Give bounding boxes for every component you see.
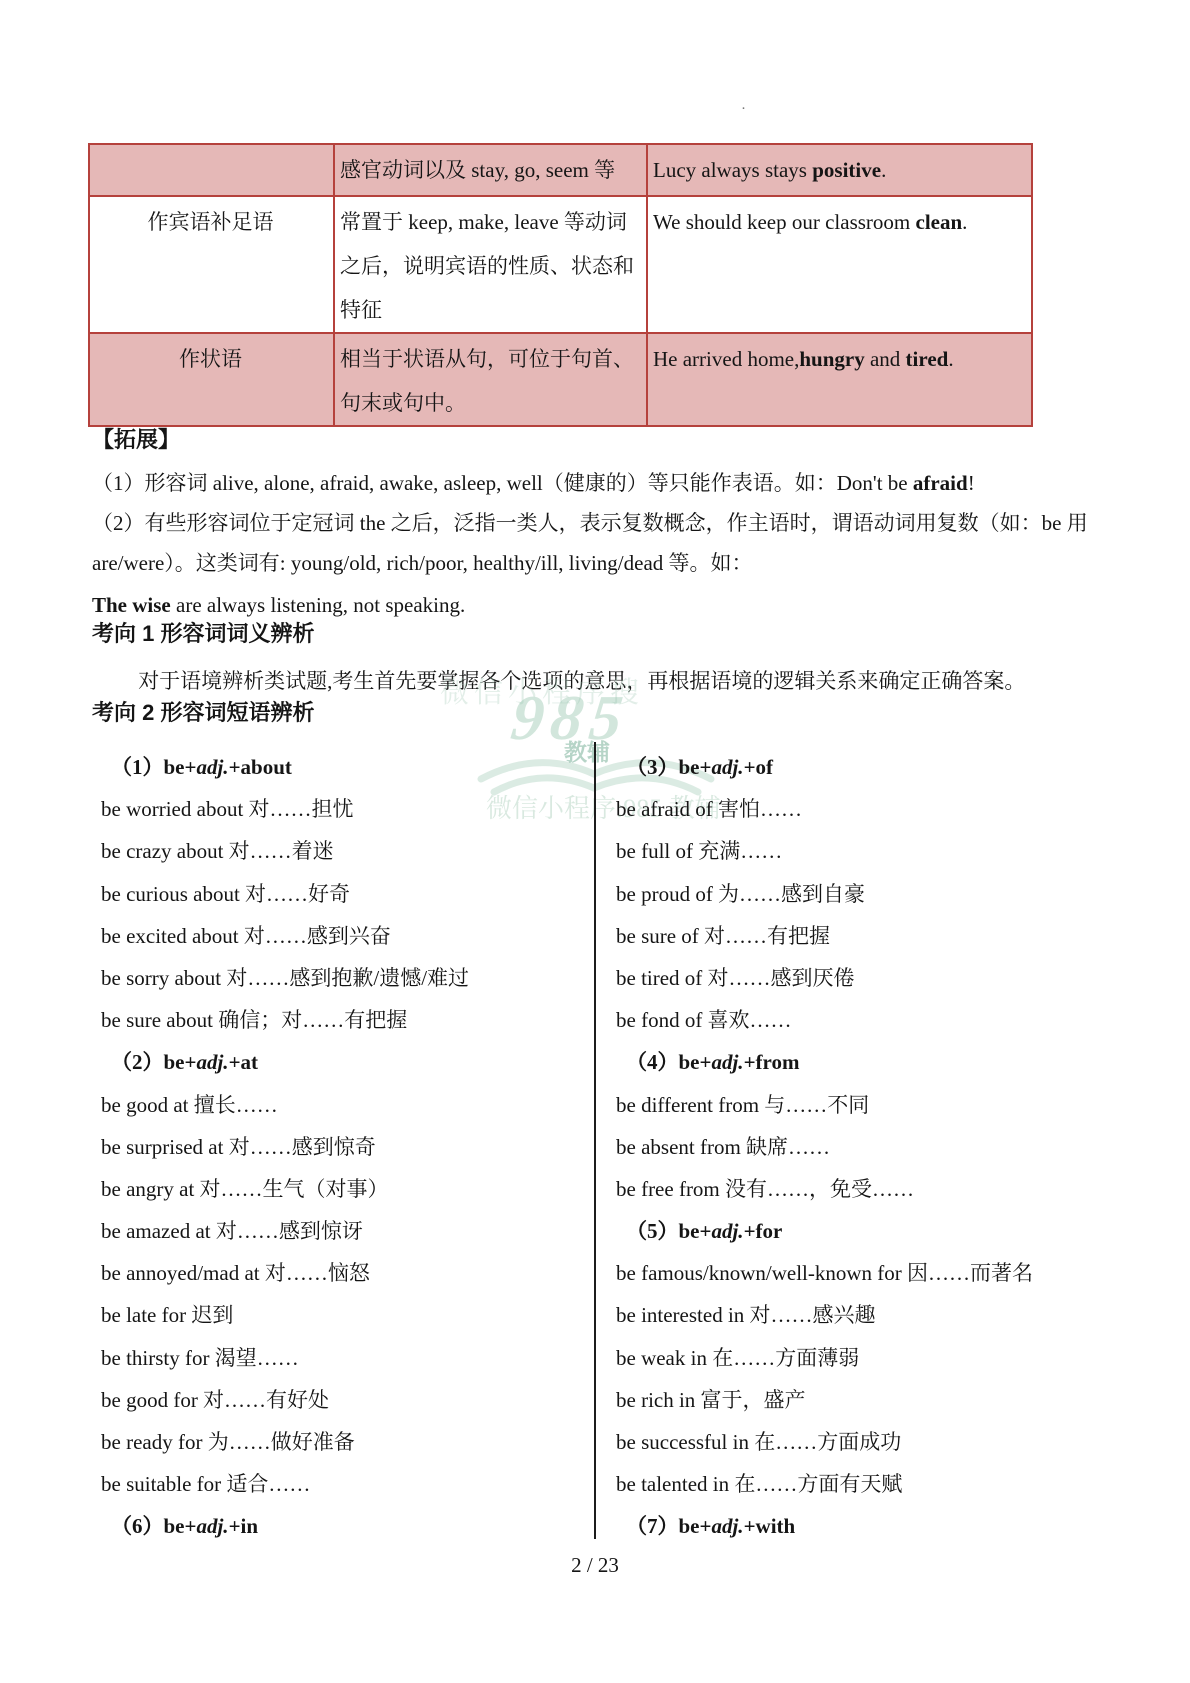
document-page: · 感官动词以及 stay, go, seem 等 Lucy always st…	[0, 0, 1190, 1683]
table-cell-desc: 常置于 keep, make, leave 等动词之后，说明宾语的性质、状态和特…	[334, 196, 647, 333]
list-item: be angry at 对……生气（对事）	[101, 1168, 579, 1210]
table-cell-example: We should keep our classroom clean.	[647, 196, 1032, 333]
list-item: be rich in 富于，盛产	[616, 1379, 1094, 1421]
kaoxiang2-heading: 考向 2 形容词短语辨析	[92, 700, 314, 726]
table-cell-label: 作宾语补足语	[89, 196, 334, 333]
list-item: （3）be+adj.+of	[616, 746, 1094, 788]
list-item: be fond of 喜欢……	[616, 999, 1094, 1041]
table-cell-desc: 感官动词以及 stay, go, seem 等	[334, 144, 647, 196]
stray-dot: ·	[741, 101, 746, 118]
phrase-list-right: （3）be+adj.+of be afraid of 害怕…… be full …	[616, 746, 1094, 1548]
list-item: be ready for 为……做好准备	[101, 1421, 579, 1463]
list-item: be excited about 对……感到兴奋	[101, 915, 579, 957]
list-item: be talented in 在……方面有天赋	[616, 1463, 1094, 1505]
list-item: be absent from 缺席……	[616, 1126, 1094, 1168]
list-item: （1）be+adj.+about	[101, 746, 579, 788]
table-cell-label	[89, 144, 334, 196]
list-item: be different from 与……不同	[616, 1084, 1094, 1126]
list-item: （5）be+adj.+for	[616, 1210, 1094, 1252]
list-item: be good for 对……有好处	[101, 1379, 579, 1421]
list-item: be curious about 对……好奇	[101, 873, 579, 915]
list-item: be afraid of 害怕……	[616, 788, 1094, 830]
table-row: 作状语 相当于状语从句，可位于句首、句末或句中。 He arrived home…	[89, 333, 1032, 426]
list-item: be surprised at 对……感到惊奇	[101, 1126, 579, 1168]
list-item: be famous/known/well-known for 因……而著名	[616, 1252, 1094, 1294]
table-row: 感官动词以及 stay, go, seem 等 Lucy always stay…	[89, 144, 1032, 196]
list-item: be free from 没有……，免受……	[616, 1168, 1094, 1210]
list-item: be late for 迟到	[101, 1294, 579, 1336]
list-item: be thirsty for 渴望……	[101, 1337, 579, 1379]
table-cell-example: He arrived home,hungry and tired.	[647, 333, 1032, 426]
list-item: be interested in 对……感兴趣	[616, 1294, 1094, 1336]
list-item: （7）be+adj.+with	[616, 1505, 1094, 1547]
kaoxiang1-heading: 考向 1 形容词词义辨析	[92, 621, 314, 647]
expansion-heading: 【拓展】	[92, 427, 180, 453]
list-item: be sure about 确信；对……有把握	[101, 999, 579, 1041]
list-item: be worried about 对……担忧	[101, 788, 579, 830]
phrase-list-left: （1）be+adj.+about be worried about 对……担忧 …	[101, 746, 579, 1548]
list-item: be sorry about 对……感到抱歉/遗憾/难过	[101, 957, 579, 999]
list-item: be full of 充满……	[616, 830, 1094, 872]
list-item: be proud of 为……感到自豪	[616, 873, 1094, 915]
column-divider	[594, 742, 596, 1539]
list-item: be annoyed/mad at 对……恼怒	[101, 1252, 579, 1294]
expansion-para-2: （2）有些形容词位于定冠词 the 之后，泛指一类人，表示复数概念，作主语时，谓…	[92, 503, 1100, 583]
table-cell-example: Lucy always stays positive.	[647, 144, 1032, 196]
list-item: be weak in 在……方面薄弱	[616, 1337, 1094, 1379]
list-item: be tired of 对……感到厌倦	[616, 957, 1094, 999]
list-item: be good at 擅长……	[101, 1084, 579, 1126]
table-row: 作宾语补足语 常置于 keep, make, leave 等动词之后，说明宾语的…	[89, 196, 1032, 333]
grammar-table: 感官动词以及 stay, go, seem 等 Lucy always stay…	[88, 143, 1033, 427]
list-item: be successful in 在……方面成功	[616, 1421, 1094, 1463]
table-cell-desc: 相当于状语从句，可位于句首、句末或句中。	[334, 333, 647, 426]
list-item: （4）be+adj.+from	[616, 1041, 1094, 1083]
list-item: be amazed at 对……感到惊讶	[101, 1210, 579, 1252]
kaoxiang1-body: 对于语境辨析类试题,考生首先要掌握各个选项的意思，再根据语境的逻辑关系来确定正确…	[92, 661, 1100, 701]
list-item: （2）be+adj.+at	[101, 1041, 579, 1083]
list-item: be suitable for 适合……	[101, 1463, 579, 1505]
page-number: 2 / 23	[0, 1553, 1190, 1578]
expansion-para-1: （1）形容词 alive, alone, afraid, awake, asle…	[92, 463, 1100, 503]
list-item: （6）be+adj.+in	[101, 1505, 579, 1547]
list-item: be crazy about 对……着迷	[101, 830, 579, 872]
table-cell-label: 作状语	[89, 333, 334, 426]
list-item: be sure of 对……有把握	[616, 915, 1094, 957]
expansion-para-3: The wise are always listening, not speak…	[92, 585, 1100, 625]
